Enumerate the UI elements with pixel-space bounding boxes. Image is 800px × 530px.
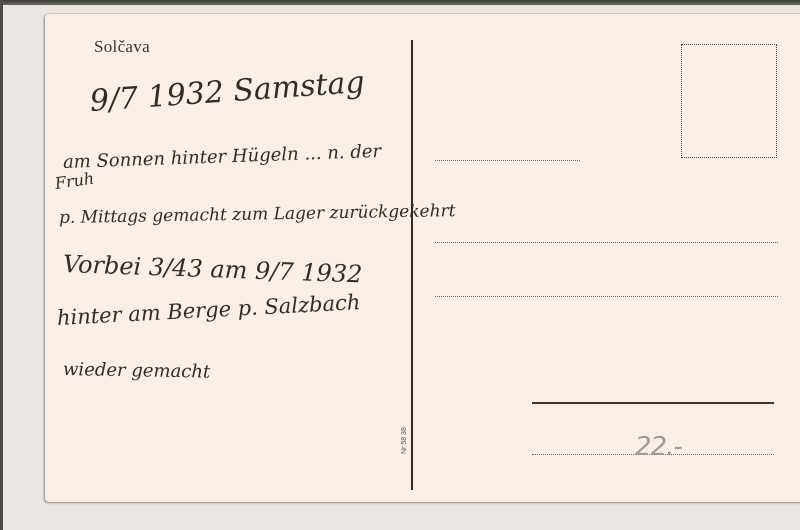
scan-left-edge xyxy=(0,0,3,530)
address-line-2 xyxy=(435,242,778,243)
handwritten-line: Vorbei 3/43 am 9/7 1932 xyxy=(63,250,363,288)
handwritten-line: hinter am Berge p. Salzbach xyxy=(56,290,360,330)
address-line-4 xyxy=(532,402,774,404)
center-divider xyxy=(411,40,413,490)
pencil-price-note: 22.- xyxy=(635,432,682,462)
handwritten-line: Fruh xyxy=(54,169,96,193)
address-line-3 xyxy=(435,296,778,297)
handwritten-line: wieder gemacht xyxy=(63,359,211,383)
handwritten-line: am Sonnen hinter Hügeln ... n. der xyxy=(63,141,382,173)
stamp-box xyxy=(681,44,777,158)
handwritten-date-line: 9/7 1932 Samstag xyxy=(89,65,366,119)
printed-place-name: Solčava xyxy=(94,37,150,57)
address-line-1 xyxy=(435,160,580,161)
postcard-back: Solčava 9/7 1932 Samstag am Sonnen hinte… xyxy=(45,14,800,502)
printer-code: Nr 58 38 xyxy=(401,427,408,454)
scan-top-edge xyxy=(0,0,800,5)
handwritten-line: p. Mittags gemacht zum Lager zurückgekeh… xyxy=(59,201,456,228)
